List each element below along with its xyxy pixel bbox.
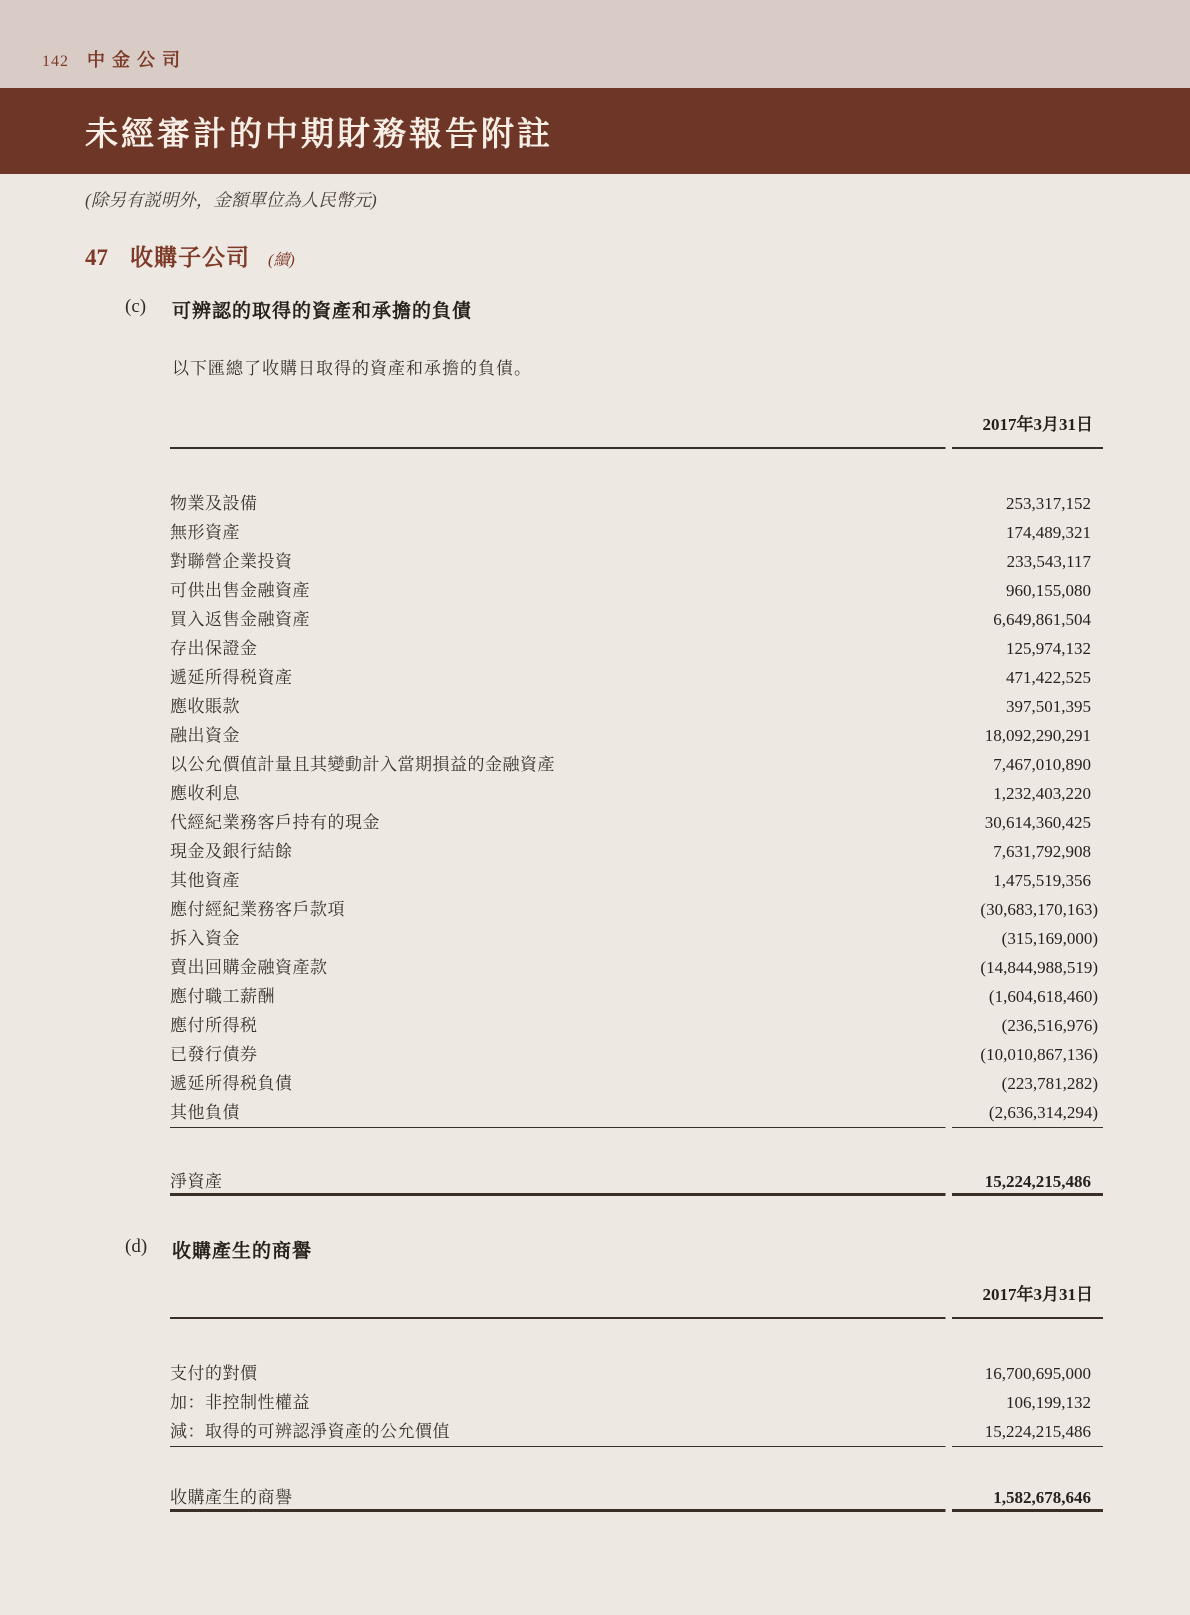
row-label: 遞延所得税負債 <box>170 1069 293 1098</box>
table-c-column-header: 2017年3月31日 <box>170 410 1103 435</box>
row-label: 融出資金 <box>170 721 240 750</box>
report-page: 142 中金公司 未經審計的中期財務報告附註 (除另有説明外，金額單位為人民幣元… <box>0 0 1190 1615</box>
table-row: 已發行債券 (10,010,867,136) <box>170 1040 1103 1069</box>
table-c-subtotal-rule <box>170 1127 1103 1128</box>
net-assets-value: 15,224,215,486 <box>985 1171 1103 1193</box>
table-row: 遞延所得税資產 471,422,525 <box>170 663 1103 692</box>
table-row: 加：非控制性權益 106,199,132 <box>170 1388 1103 1417</box>
subsection-c-heading: (c) 可辨認的取得的資產和承擔的負債 <box>0 296 1190 323</box>
table-row: 應付經紀業務客戶款項 (30,683,170,163) <box>170 895 1103 924</box>
table-row: 其他負債 (2,636,314,294) <box>170 1098 1103 1127</box>
section-number: 47 <box>85 245 108 270</box>
row-value: 16,700,695,000 <box>985 1359 1103 1388</box>
table-row: 減：取得的可辨認淨資產的公允價值 15,224,215,486 <box>170 1417 1103 1446</box>
row-value: 960,155,080 <box>1006 576 1103 605</box>
row-label: 支付的對價 <box>170 1359 258 1388</box>
subsection-c-intro: 以下匯總了收購日取得的資產和承擔的負債。 <box>172 354 1190 379</box>
table-row: 支付的對價 16,700,695,000 <box>170 1359 1103 1388</box>
section-continued-tag: (續) <box>268 252 295 269</box>
acquired-assets-liabilities-table: 2017年3月31日 物業及設備 253,317,152 無形資產 174,48… <box>170 410 1103 1196</box>
goodwill-value: 1,582,678,646 <box>993 1487 1103 1509</box>
row-label: 應付所得税 <box>170 1011 258 1040</box>
row-label: 賣出回購金融資產款 <box>170 953 328 982</box>
goodwill-label: 收購產生的商譽 <box>170 1487 293 1509</box>
table-row: 可供出售金融資產 960,155,080 <box>170 576 1103 605</box>
row-label: 可供出售金融資產 <box>170 576 310 605</box>
row-label: 現金及銀行結餘 <box>170 837 293 866</box>
table-d-header-rule <box>170 1317 1103 1319</box>
currency-note: (除另有説明外，金額單位為人民幣元) <box>85 187 1190 212</box>
page-number: 142 <box>42 53 69 70</box>
row-value: 6,649,861,504 <box>993 605 1103 634</box>
row-value: 7,467,010,890 <box>993 750 1103 779</box>
row-label: 存出保證金 <box>170 634 258 663</box>
row-value: (236,516,976) <box>1002 1011 1103 1040</box>
table-row: 應付職工薪酬 (1,604,618,460) <box>170 982 1103 1011</box>
row-label: 對聯營企業投資 <box>170 547 293 576</box>
net-assets-row: 淨資產 15,224,215,486 <box>170 1171 1103 1193</box>
row-value: 397,501,395 <box>1006 692 1103 721</box>
subsection-d-heading: (d) 收購產生的商譽 <box>0 1236 1190 1263</box>
row-label: 應付職工薪酬 <box>170 982 275 1011</box>
table-d-total-rule <box>170 1509 1103 1512</box>
table-row: 無形資產 174,489,321 <box>170 518 1103 547</box>
chapter-banner: 未經審計的中期財務報告附註 <box>0 88 1190 174</box>
row-label: 代經紀業務客戶持有的現金 <box>170 808 380 837</box>
table-row: 融出資金 18,092,290,291 <box>170 721 1103 750</box>
table-row: 應收利息 1,232,403,220 <box>170 779 1103 808</box>
section-heading: 47 收購子公司 (續) <box>85 239 1190 272</box>
table-row: 對聯營企業投資 233,543,117 <box>170 547 1103 576</box>
row-value: (315,169,000) <box>1002 924 1103 953</box>
row-label: 其他負債 <box>170 1098 240 1127</box>
subsection-c-label: (c) <box>125 296 172 323</box>
table-row: 物業及設備 253,317,152 <box>170 489 1103 518</box>
row-value: (30,683,170,163) <box>980 895 1103 924</box>
table-row: 買入返售金融資產 6,649,861,504 <box>170 605 1103 634</box>
row-label: 加：非控制性權益 <box>170 1388 310 1417</box>
row-value: (1,604,618,460) <box>989 982 1103 1011</box>
row-label: 買入返售金融資產 <box>170 605 310 634</box>
row-label: 拆入資金 <box>170 924 240 953</box>
row-value: 233,543,117 <box>1007 547 1103 576</box>
company-name: 中金公司 <box>87 50 187 70</box>
row-value: (2,636,314,294) <box>989 1098 1103 1127</box>
table-row: 存出保證金 125,974,132 <box>170 634 1103 663</box>
row-label: 應收賬款 <box>170 692 240 721</box>
table-d-rows: 支付的對價 16,700,695,000 加：非控制性權益 106,199,13… <box>170 1359 1103 1446</box>
table-row: 遞延所得税負債 (223,781,282) <box>170 1069 1103 1098</box>
table-row: 以公允價值計量且其變動計入當期損益的金融資產 7,467,010,890 <box>170 750 1103 779</box>
row-label: 減：取得的可辨認淨資產的公允價值 <box>170 1417 450 1446</box>
row-label: 其他資產 <box>170 866 240 895</box>
goodwill-table: 2017年3月31日 支付的對價 16,700,695,000 加：非控制性權益… <box>170 1280 1103 1512</box>
table-row: 應收賬款 397,501,395 <box>170 692 1103 721</box>
row-label: 無形資產 <box>170 518 240 547</box>
table-c-rows: 物業及設備 253,317,152 無形資產 174,489,321 對聯營企業… <box>170 489 1103 1127</box>
row-value: 125,974,132 <box>1006 634 1103 663</box>
table-d-column-header: 2017年3月31日 <box>170 1280 1103 1305</box>
row-label: 以公允價值計量且其變動計入當期損益的金融資產 <box>170 750 555 779</box>
row-value: 471,422,525 <box>1006 663 1103 692</box>
row-value: 18,092,290,291 <box>985 721 1103 750</box>
table-c-total-rule <box>170 1193 1103 1196</box>
subsection-d-label: (d) <box>125 1236 172 1263</box>
row-label: 物業及設備 <box>170 489 258 518</box>
chapter-title: 未經審計的中期財務報告附註 <box>85 108 553 155</box>
table-d-subtotal-rule <box>170 1446 1103 1447</box>
row-value: (223,781,282) <box>1002 1069 1103 1098</box>
row-label: 應付經紀業務客戶款項 <box>170 895 345 924</box>
row-value: 106,199,132 <box>1006 1388 1103 1417</box>
subsection-c-title: 可辨認的取得的資產和承擔的負債 <box>172 296 472 323</box>
subsection-d-title: 收購產生的商譽 <box>172 1236 312 1263</box>
table-c-header-rule <box>170 447 1103 449</box>
goodwill-total-row: 收購產生的商譽 1,582,678,646 <box>170 1487 1103 1509</box>
row-value: 30,614,360,425 <box>985 808 1103 837</box>
row-value: 1,475,519,356 <box>993 866 1103 895</box>
row-value: (14,844,988,519) <box>980 953 1103 982</box>
row-value: 174,489,321 <box>1006 518 1103 547</box>
row-label: 遞延所得税資產 <box>170 663 293 692</box>
row-label: 應收利息 <box>170 779 240 808</box>
table-row: 拆入資金 (315,169,000) <box>170 924 1103 953</box>
row-value: 1,232,403,220 <box>993 779 1103 808</box>
net-assets-label: 淨資產 <box>170 1171 223 1193</box>
section-title: 收購子公司 <box>130 245 250 270</box>
table-row: 其他資產 1,475,519,356 <box>170 866 1103 895</box>
table-row: 代經紀業務客戶持有的現金 30,614,360,425 <box>170 808 1103 837</box>
row-label: 已發行債券 <box>170 1040 258 1069</box>
page-header-strip: 142 中金公司 <box>0 0 1190 88</box>
table-row: 應付所得税 (236,516,976) <box>170 1011 1103 1040</box>
table-row: 現金及銀行結餘 7,631,792,908 <box>170 837 1103 866</box>
table-row: 賣出回購金融資產款 (14,844,988,519) <box>170 953 1103 982</box>
row-value: 7,631,792,908 <box>993 837 1103 866</box>
row-value: 253,317,152 <box>1006 489 1103 518</box>
row-value: (10,010,867,136) <box>980 1040 1103 1069</box>
row-value: 15,224,215,486 <box>985 1417 1103 1446</box>
